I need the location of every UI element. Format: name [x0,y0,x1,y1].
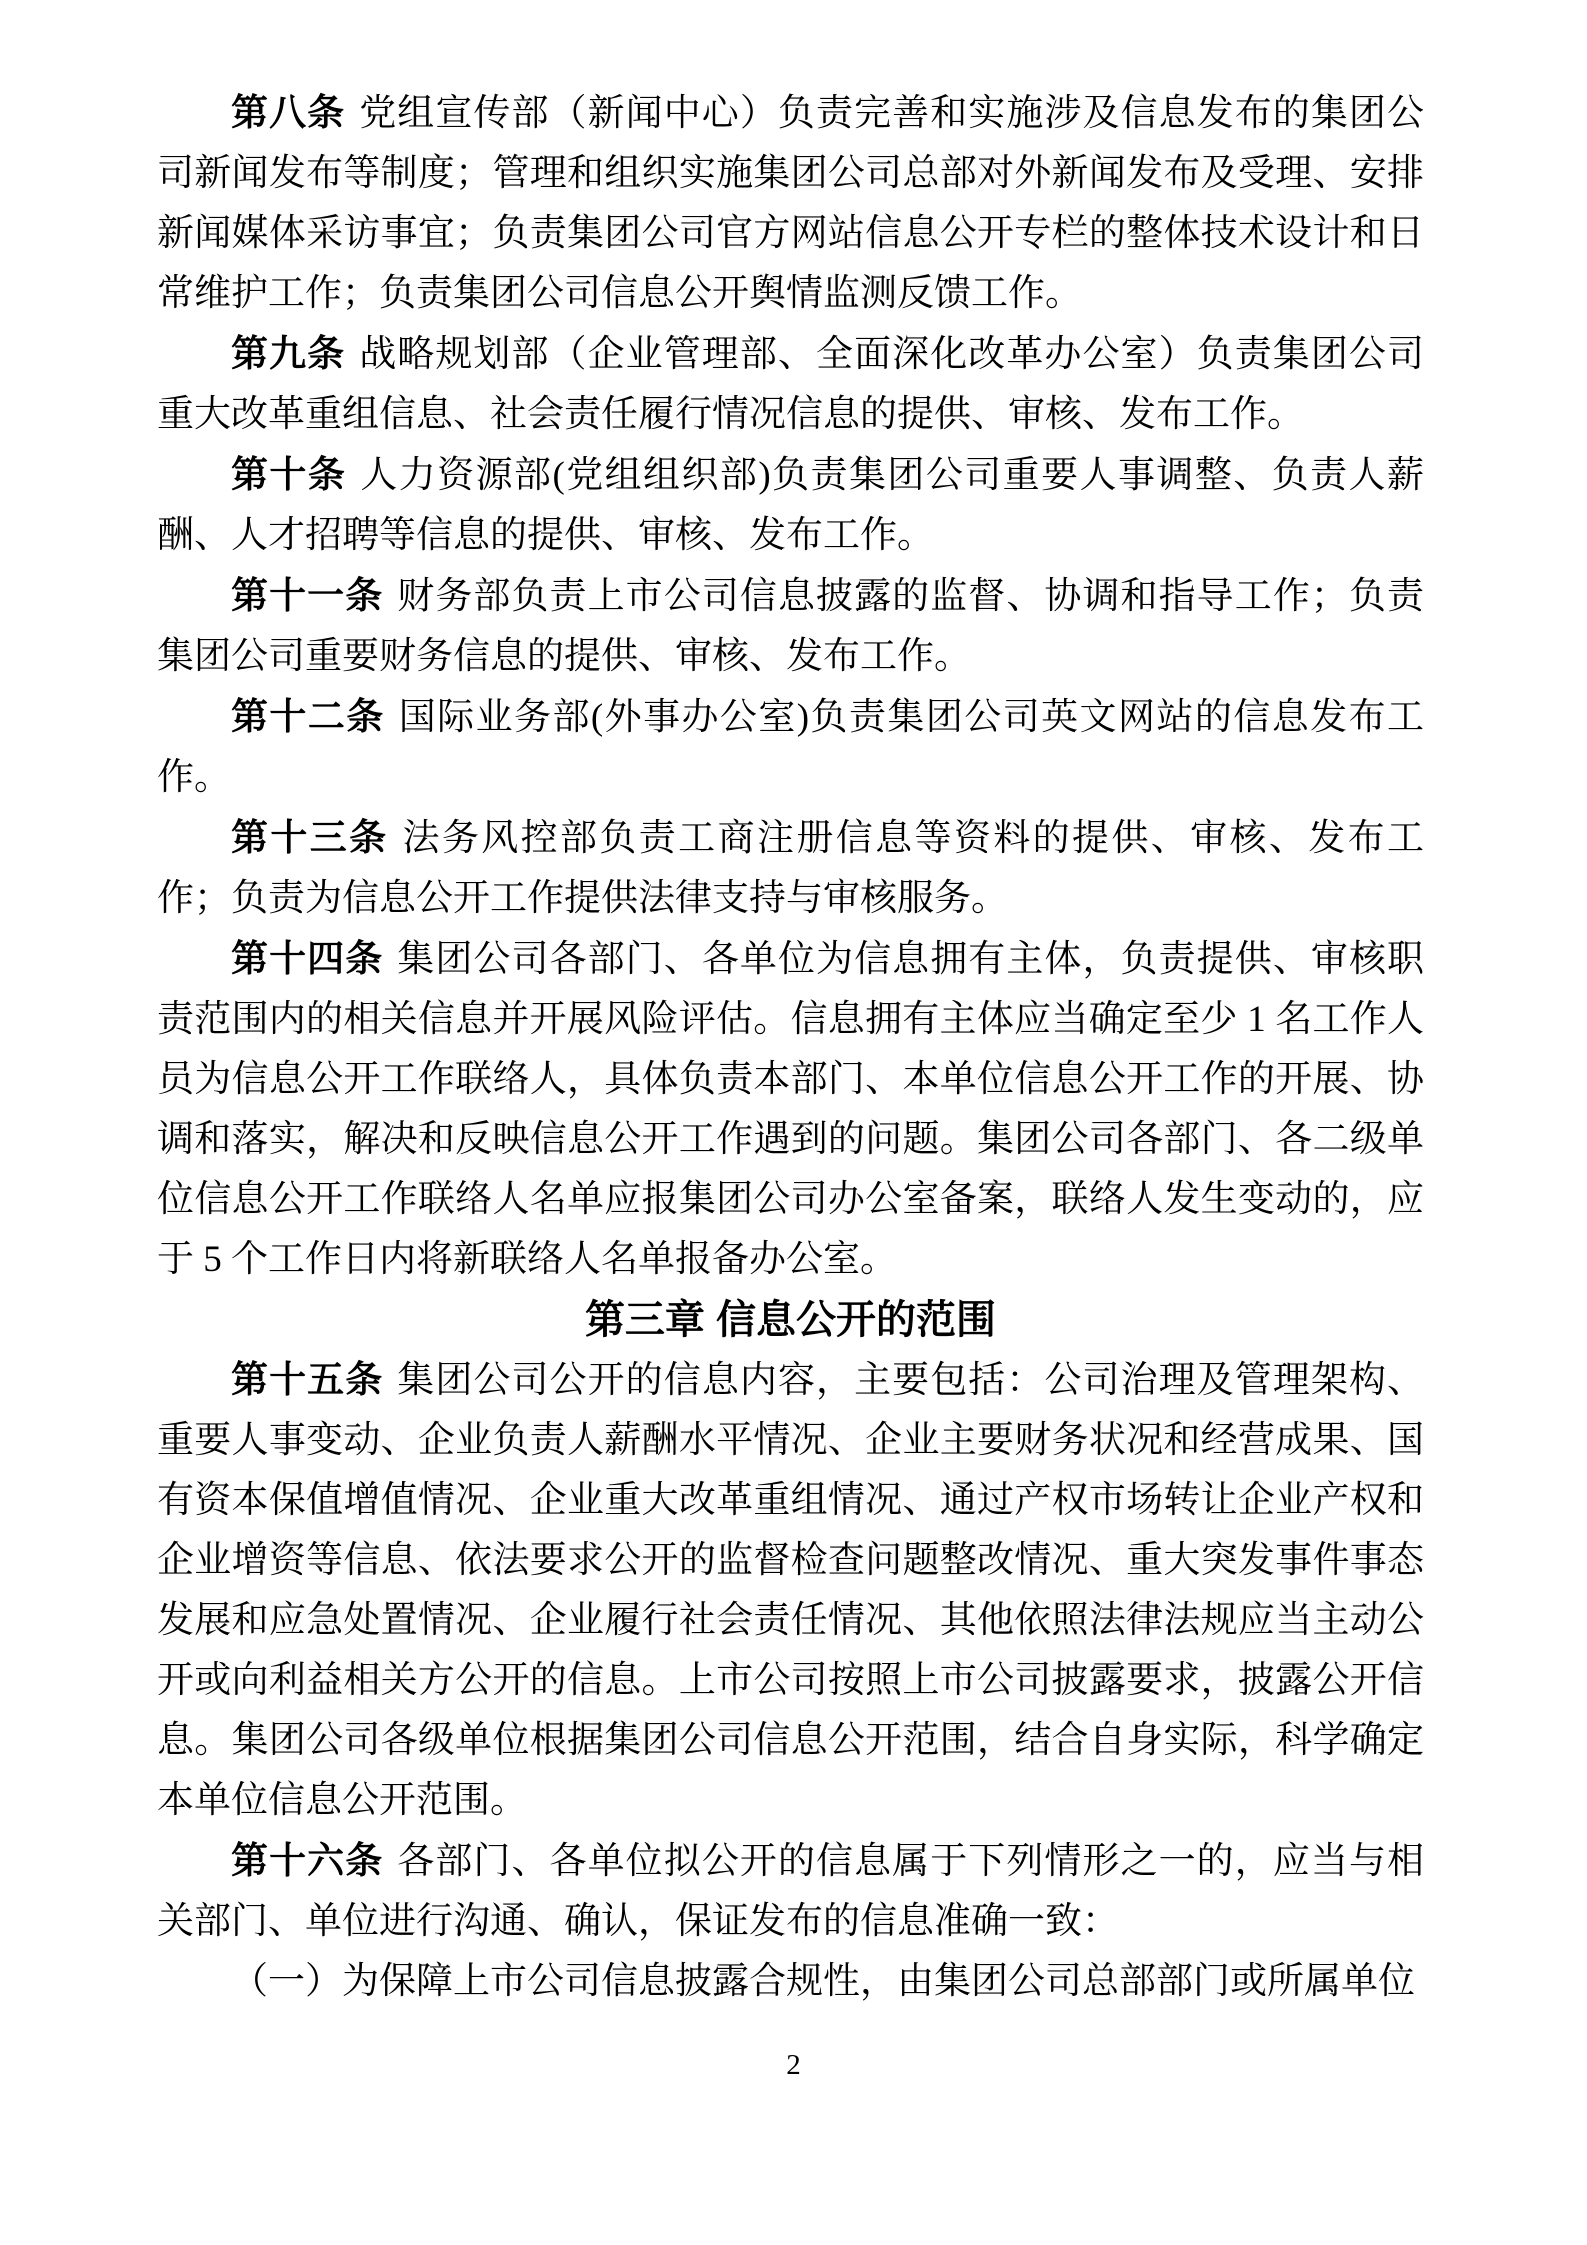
article-text: 集团公司公开的信息内容，主要包括：公司治理及管理架构、重要人事变动、企业负责人薪… [157,1360,1424,1821]
article-text: 战略规划部（企业管理部、全面深化改革办公室）负责集团公司重大改革重组信息、社会责… [157,334,1424,435]
page-number: 2 [0,2045,1587,2085]
article-paragraph: 第八条党组宣传部（新闻中心）负责完善和实施涉及信息发布的集团公司新闻发布等制度；… [157,83,1424,324]
article-number: 第九条 [231,333,345,374]
document-page: 第八条党组宣传部（新闻中心）负责完善和实施涉及信息发布的集团公司新闻发布等制度；… [0,0,1587,2245]
article-paragraph: 第九条战略规划部（企业管理部、全面深化改革办公室）负责集团公司重大改革重组信息、… [157,324,1424,445]
article-number: 第十五条 [231,1359,383,1400]
article-number: 第十六条 [231,1840,383,1881]
document-body: 第八条党组宣传部（新闻中心）负责完善和实施涉及信息发布的集团公司新闻发布等制度；… [157,83,1424,2012]
article-paragraph: 第十五条集团公司公开的信息内容，主要包括：公司治理及管理架构、重要人事变动、企业… [157,1350,1424,1831]
article-paragraph: 第十条人力资源部(党组组织部)负责集团公司重要人事调整、负责人薪酬、人才招聘等信… [157,445,1424,566]
article-number: 第十三条 [231,817,389,858]
article-number: 第十四条 [231,938,383,979]
article-text: 人力资源部(党组组织部)负责集团公司重要人事调整、负责人薪酬、人才招聘等信息的提… [157,455,1424,556]
article-paragraph: 第十四条集团公司各部门、各单位为信息拥有主体，负责提供、审核职责范围内的相关信息… [157,929,1424,1290]
chapter-heading: 第三章 信息公开的范围 [157,1290,1424,1350]
article-paragraph: 第十二条国际业务部(外事办公室)负责集团公司英文网站的信息发布工作。 [157,687,1424,808]
article-paragraph: 第十三条法务风控部负责工商注册信息等资料的提供、审核、发布工作；负责为信息公开工… [157,808,1424,929]
list-item-text: （一）为保障上市公司信息披露合规性，由集团公司总部部门或所属单位 [231,1961,1415,2002]
article-number: 第十条 [231,454,346,495]
article-paragraph: 第十六条各部门、各单位拟公开的信息属于下列情形之一的，应当与相关部门、单位进行沟… [157,1831,1424,1952]
article-text: 党组宣传部（新闻中心）负责完善和实施涉及信息发布的集团公司新闻发布等制度；管理和… [157,93,1424,314]
article-text: 集团公司各部门、各单位为信息拥有主体，负责提供、审核职责范围内的相关信息并开展风… [157,939,1424,1280]
list-item-paragraph: （一）为保障上市公司信息披露合规性，由集团公司总部部门或所属单位 [157,1952,1424,2012]
article-paragraph: 第十一条财务部负责上市公司信息披露的监督、协调和指导工作；负责集团公司重要财务信… [157,566,1424,687]
article-number: 第十一条 [231,575,383,616]
article-number: 第八条 [231,92,345,133]
article-number: 第十二条 [231,696,385,737]
